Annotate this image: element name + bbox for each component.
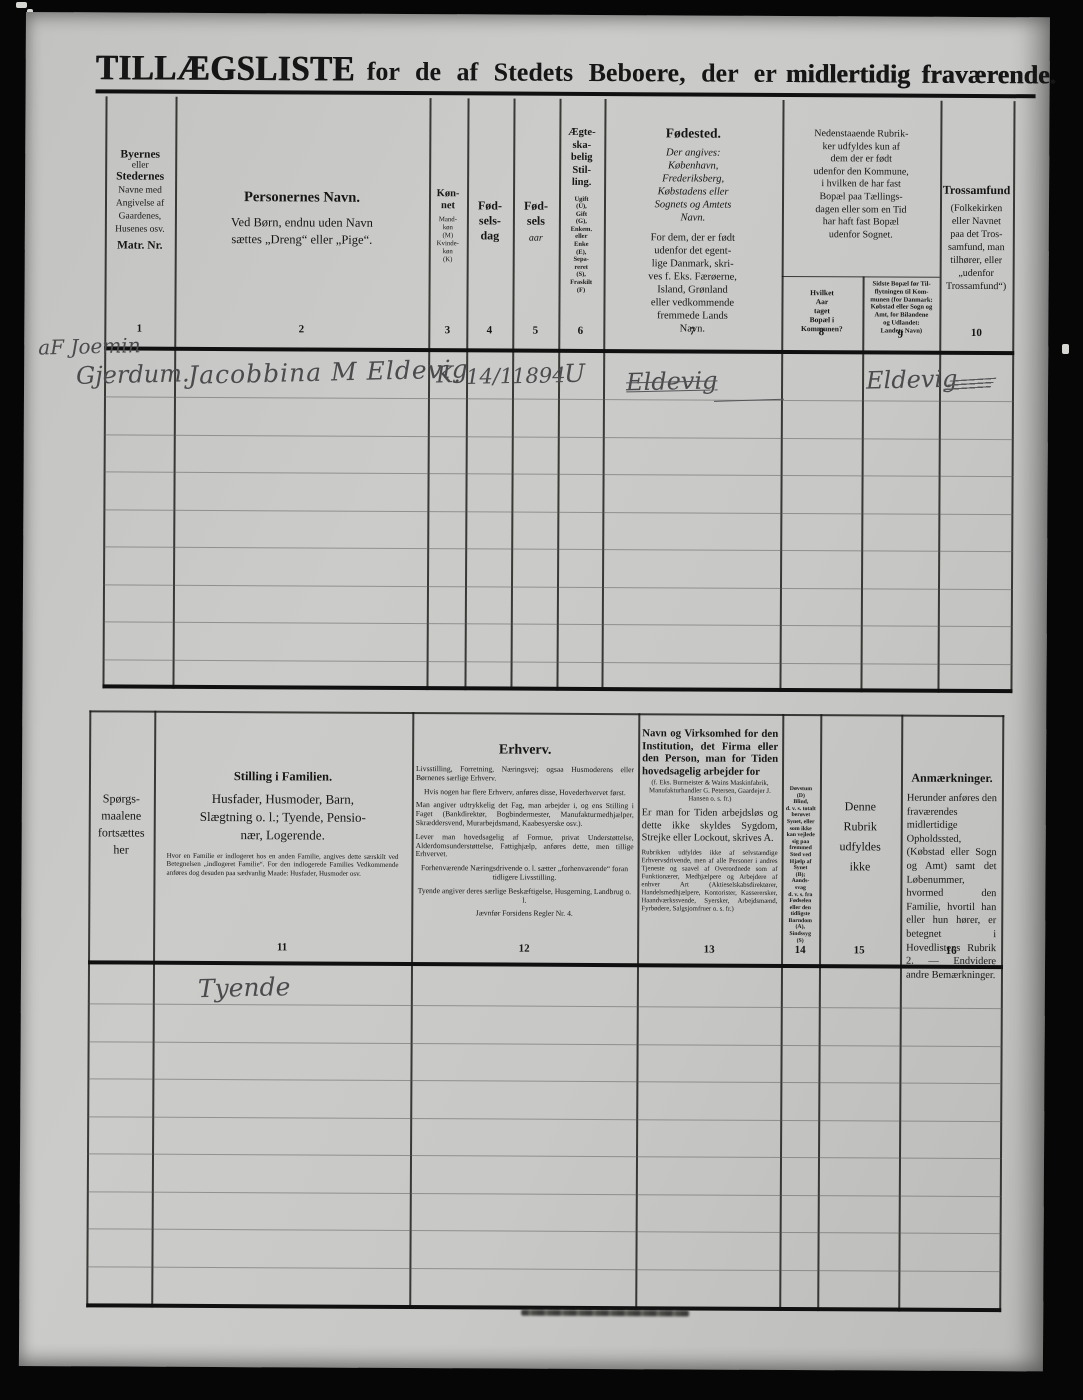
table-absent-persons: Byernes eller Stedernes Navne med Angive… [102, 96, 1015, 693]
handwritten-position: Tyende [198, 972, 291, 1003]
column-number-7: 7 [675, 325, 709, 337]
header-col11-fine: Hvor en Familie er indlogeret hos en and… [158, 852, 406, 879]
header-col13-p2: Er man for Tiden arbejdsløs og dette ikk… [642, 808, 778, 846]
header-col6: Ægte- ska- belig Stil- ling. Ugift (U), … [559, 127, 605, 294]
header-col1-line: Stedernes [106, 170, 174, 182]
column-number-3: 3 [430, 324, 464, 336]
column-number-11: 11 [265, 941, 299, 953]
header-col11-title: Stilling i Familien. [159, 769, 407, 785]
header-col12-p2: Hvis nogen har flere Erhverv, anføres di… [416, 788, 634, 798]
column-divider [409, 712, 414, 1309]
column-divider [426, 98, 431, 690]
handwritten-margin-note: aF Joemin [38, 333, 141, 359]
header-col1-line: Navne med Angivelse af Gaardenes, Husene… [106, 184, 174, 236]
column-divider [510, 99, 515, 691]
header-col1-line: Byernes [106, 148, 174, 160]
header-col13-fine2: Rubrikken udfyldes ikke af selvstændige … [641, 849, 777, 914]
header-col7: Fødested. Der angives: København, Freder… [603, 125, 782, 336]
header-col3-title: Køn- net [429, 188, 467, 212]
census-form-page: TILLÆGSLISTEfor de af Stedets Beboere, d… [19, 12, 1050, 1371]
header-col3-sub: Mand- køn (M) Kvinde- køn (K) [429, 216, 467, 264]
column-number-12: 12 [507, 943, 541, 955]
column-number-9: 9 [883, 328, 917, 340]
page-title-middle: for de af Stedets Beboere, der er [367, 57, 777, 88]
table-top-rule [89, 710, 1004, 717]
header-col12-p4: Lever man hovedsagelig af Formue, privat… [416, 833, 634, 861]
header-col10: Trossamfund (Folkekirken eller Navnet pa… [940, 183, 1014, 293]
header-col1-line: Matr. Nr. [106, 239, 174, 251]
header-stub: Spørgs- maalene fortsættes her [89, 790, 154, 858]
header-col10-sub: (Folkekirken eller Navnet paa det Tros- … [940, 202, 1013, 293]
column-number-2: 2 [284, 323, 318, 335]
handwritten-birth-year: 1894 [512, 363, 566, 388]
header-col6-sub: Ugift (U), Gift (G), Enkem. eller Enke (… [559, 195, 605, 294]
row-rule-line [87, 1116, 1002, 1122]
row-rule-line [87, 1153, 1002, 1159]
header-col10-title: Trossamfund [940, 183, 1013, 198]
header-col12-p7: Jævnfør Forsidens Regler Nr. 4. [415, 909, 633, 919]
header-col3: Køn- net Mand- køn (M) Kvinde- køn (K) [429, 188, 467, 264]
column-divider [635, 713, 640, 1310]
row-rule-line [87, 1191, 1002, 1197]
header-col4: Fød- sels- dag [467, 198, 513, 243]
header-col15: Denne Rubrik udfyldes ikke [819, 796, 900, 876]
row-rule-line [88, 1003, 1003, 1009]
header-col5: Fød- sels aar [513, 199, 559, 244]
header-col7-p1: Der angives: København, Frederiksberg, K… [604, 146, 782, 225]
header-col5-sub: aar [513, 233, 559, 244]
column-number-13: 13 [692, 944, 726, 956]
handwritten-marital-status: U [564, 359, 586, 388]
page-title-main: TILLÆGSLISTE [96, 49, 355, 90]
header-col2-title: Personernes Navn. [175, 189, 429, 207]
row-rule-line [87, 1228, 1002, 1234]
header-col1-line: eller [106, 160, 174, 170]
column-number-15: 15 [842, 944, 876, 956]
header-col14: Døvstum (D) Blind, d. v. s. totalt berøv… [781, 786, 820, 944]
header-col12-p5: Forhenværende Næringsdrivende o. l. sætt… [415, 864, 633, 883]
handwritten-place: Gjerdum. [76, 359, 190, 390]
column-number-4: 4 [472, 324, 506, 336]
header-col13-fine1: (f. Eks. Burmeister & Wains Maskinfabrik… [642, 780, 778, 805]
header-col12-p1: Livsstilling, Forretning, Næringsvej; og… [416, 765, 634, 784]
column-number-6: 6 [563, 325, 597, 337]
scan-speck [16, 2, 27, 8]
column-number-10: 10 [959, 327, 993, 339]
page-title-end: midlertidig fraværende. [786, 59, 1056, 89]
column-number-14: 14 [783, 944, 817, 956]
header-col13-lead: Navn og Virksomhed for den Institution, … [642, 727, 778, 778]
page-title: TILLÆGSLISTEfor de af Stedets Beboere, d… [96, 50, 1046, 92]
scan-speck [1062, 344, 1069, 354]
group-header-divider [782, 276, 940, 278]
header-col6-title: Ægte- ska- belig Stil- ling. [559, 127, 604, 190]
header-col7-title: Fødested. [604, 125, 782, 142]
printer-imprint [521, 1310, 689, 1317]
header-col16-title: Anmærkninger. [907, 771, 997, 786]
table-continuation: Spørgs- maalene fortsættes her Stilling … [86, 710, 1004, 1312]
table-border-right [999, 715, 1004, 1312]
header-col2: Personernes Navn. Ved Børn, endnu uden N… [175, 189, 429, 249]
handwritten-birth-day: 14/1 [466, 364, 514, 389]
handwritten-sex: K. [436, 362, 461, 389]
header-col13: Navn og Virksomhed for den Institution, … [641, 727, 778, 913]
header-col12: Erhverv. Livsstilling, Forretning, Nærin… [415, 742, 634, 919]
header-col11-main: Husfader, Husmoder, Barn, Slægtning o. l… [159, 790, 407, 845]
header-col7-p2: For dem, der er født udenfor det egent- … [603, 231, 782, 336]
header-bottom-rule [88, 960, 1003, 969]
header-group-8-9: Nedenstaaende Rubrik- ker udfyldes kun a… [784, 128, 939, 242]
header-col5-title: Fød- sels [513, 199, 559, 229]
row-rule-line [86, 1266, 1001, 1272]
header-col12-p3: Man angiver udtrykkelig det Fag, man arb… [416, 801, 634, 829]
header-col9-sub: Sidste Bopæl før Til- flytningen til Kom… [863, 280, 939, 335]
header-col2-sub: Ved Børn, endnu uden Navn sættes „Dreng“… [175, 214, 429, 249]
column-divider-8-9 [860, 276, 864, 692]
handwritten-birth-place-struck: Eldevig [626, 366, 718, 396]
header-col1: Byernes eller Stedernes Navne med Angive… [106, 148, 175, 251]
column-number-8: 8 [804, 326, 838, 338]
header-col11: Stilling i Familien. Husfader, Husmoder,… [158, 769, 407, 879]
column-divider [464, 98, 469, 690]
header-col12-title: Erhverv. [416, 742, 634, 759]
column-number-16: 16 [934, 945, 968, 957]
scan-background: TILLÆGSLISTEfor de af Stedets Beboere, d… [0, 0, 1083, 1400]
row-rule-line [87, 1078, 1002, 1084]
header-col12-p6: Tyende angiver deres særlige Beskæftigel… [415, 887, 633, 906]
header-col4-title: Fød- sels- dag [467, 198, 513, 243]
column-number-5: 5 [518, 325, 552, 337]
row-rule-line [88, 1041, 1003, 1047]
